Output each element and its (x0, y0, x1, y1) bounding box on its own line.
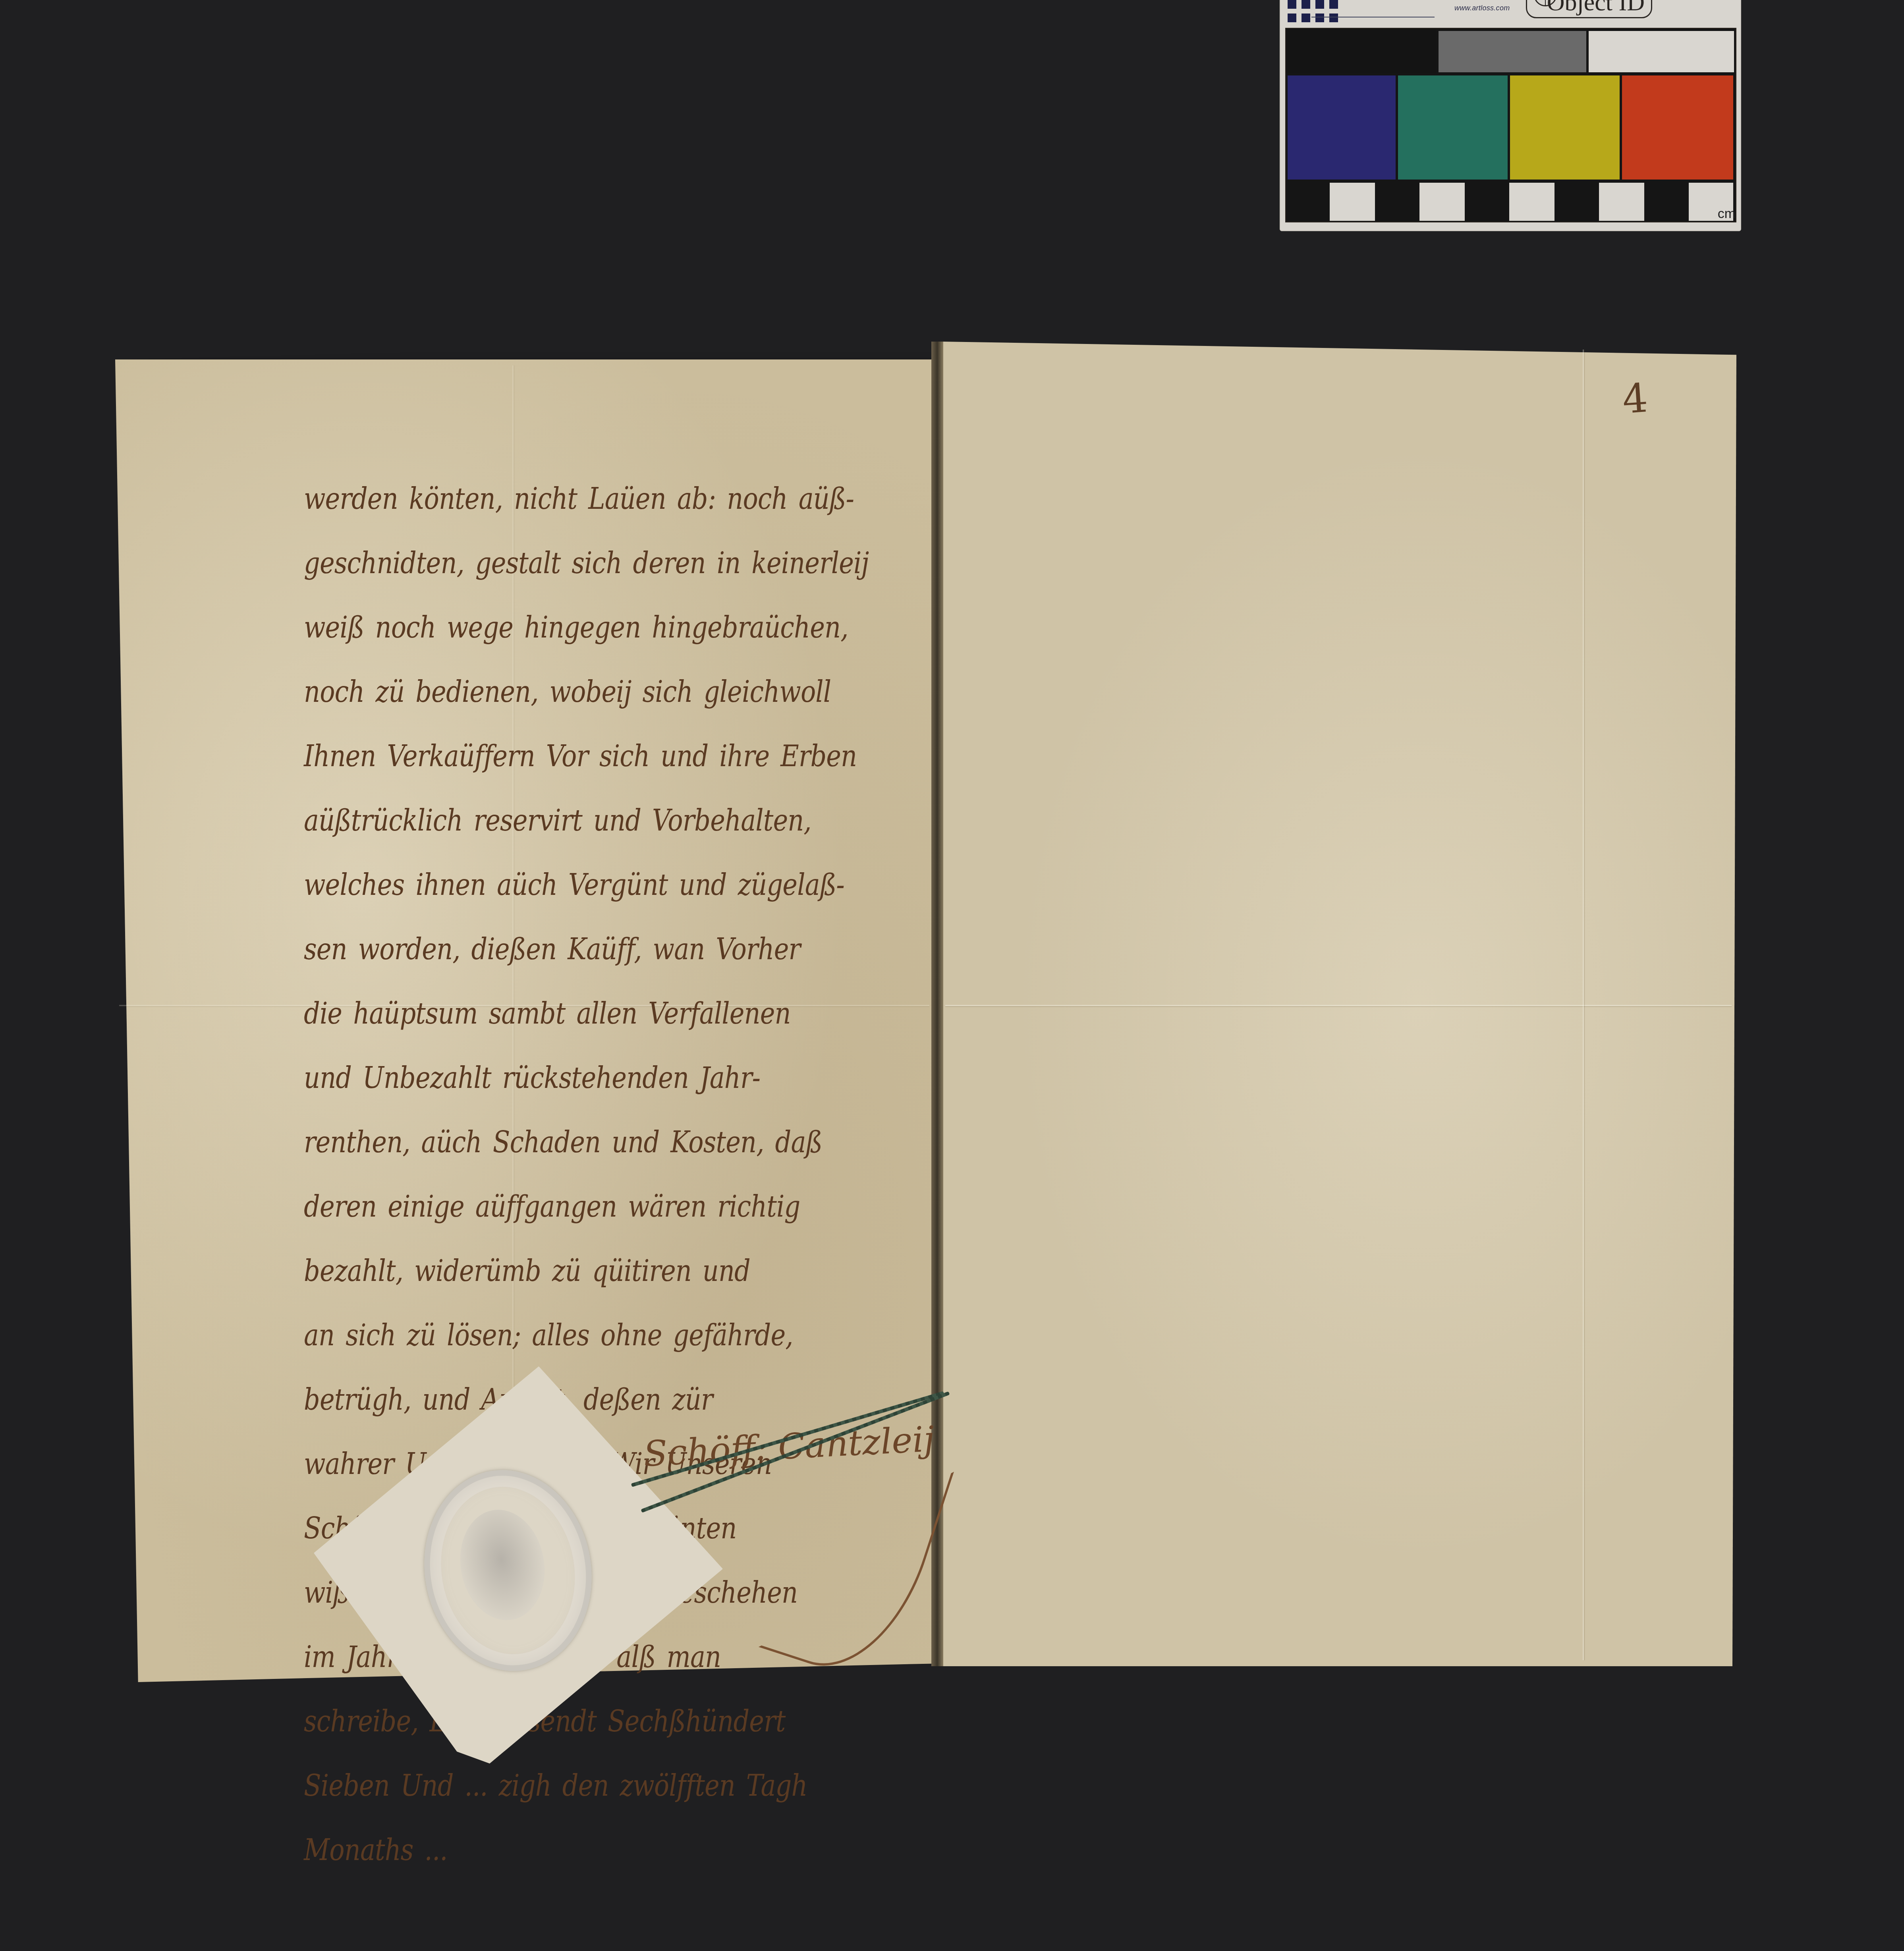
text-line: noch zü bedienen, wobeij sich gleichwoll (304, 660, 857, 724)
text-line: geschnidten, gestalt sich deren in keine… (304, 531, 857, 595)
swatch-gray (1439, 31, 1586, 72)
scale-white-4 (1599, 183, 1644, 221)
text-line: aüßtrücklich reservirt und Vorbehalten, (304, 788, 857, 853)
color-patch-frame (1285, 28, 1736, 222)
text-line: Ihnen Verkaüffern Vor sich und ihre Erbe… (304, 724, 857, 788)
card-url-text: www.artloss.com (1454, 4, 1510, 12)
scale-white-3 (1509, 183, 1554, 221)
text-line: weiß noch wege hingegen hingebraüchen, (304, 595, 857, 660)
text-line: welches ihnen aüch Vergünt und zügelaß- (304, 853, 857, 917)
swatch-black (1286, 29, 1436, 73)
text-line: an sich zü lösen; alles ohne gefährde, (304, 1303, 857, 1368)
swatch-white (1589, 31, 1734, 72)
swatch-red (1622, 75, 1733, 180)
text-line: schreibe, Ein Taüsendt Sechßhündert (304, 1689, 857, 1754)
card-logo-grid-icon (1288, 0, 1338, 22)
text-line: werden könten, nicht Laüen ab: noch aüß- (304, 467, 857, 531)
scale-unit-label: cm (1718, 206, 1736, 222)
card-underline (1311, 17, 1435, 17)
scale-white-2 (1419, 183, 1465, 221)
scale-white-1 (1330, 183, 1375, 221)
swatch-green (1398, 75, 1508, 180)
text-line: renthen, aüch Schaden und Kosten, daß (304, 1110, 857, 1174)
card-brand-text: Object ID (1547, 0, 1645, 15)
folio-number: 4 (1621, 375, 1649, 423)
manuscript-right-page (942, 342, 1736, 1666)
fold-crease-vertical (1583, 350, 1584, 1660)
text-line: und Unbezahlt rückstehenden Jahr- (304, 1046, 857, 1110)
text-line: Sieben Und ... zigh den zwölfften Tagh (304, 1754, 857, 1818)
text-line: die haüptsum sambt allen Verfallenen (304, 981, 857, 1046)
text-line: bezahlt, widerümb zü qüitiren und (304, 1239, 857, 1303)
swatch-blue (1288, 75, 1396, 180)
swatch-yellow (1510, 75, 1620, 180)
text-line: Monaths ... (304, 1818, 857, 1882)
fold-crease-horizontal (945, 1005, 1732, 1006)
text-line: sen worden, dießen Kaüff, wan Vorher (304, 917, 857, 981)
text-line: deren einige aüffgangen wären richtig (304, 1174, 857, 1239)
color-calibration-card: www.artloss.com Object ID cm (1280, 0, 1741, 231)
